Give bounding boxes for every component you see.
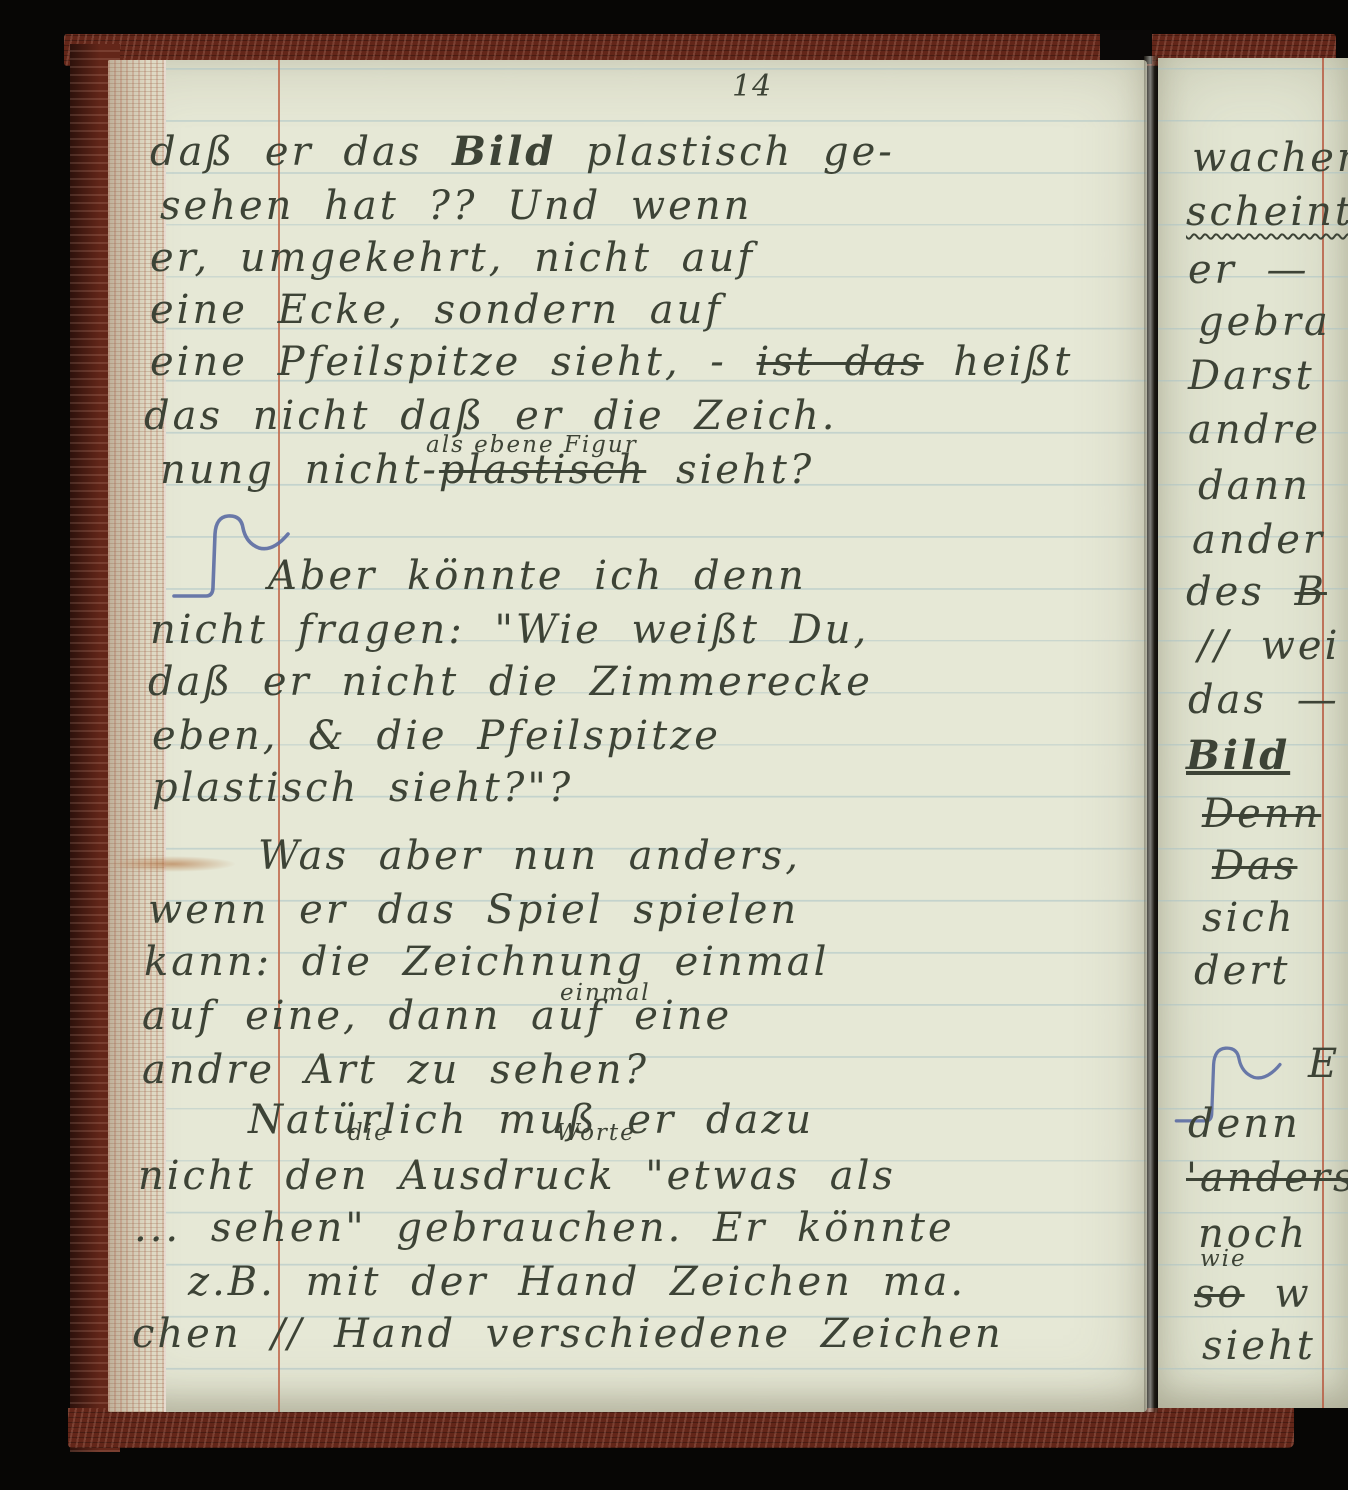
inserted-words: wie xyxy=(1200,1248,1247,1271)
handwritten-line: plastisch sieht?"? xyxy=(152,768,573,808)
page-fold-crease xyxy=(1144,56,1158,1412)
handwritten-line: daß er das Bild plastisch ge- xyxy=(150,132,895,172)
handwritten-line: E xyxy=(1308,1044,1340,1084)
handwritten-text: des xyxy=(1186,569,1295,615)
handwritten-line: Was aber nun anders, xyxy=(258,836,801,876)
handwritten-line: andre Art zu sehen? xyxy=(142,1050,649,1090)
handwritten-line: er — xyxy=(1188,250,1310,290)
handwritten-line: eine Pfeilspitze sieht, - ist das heißt xyxy=(150,342,1073,382)
notebook-page-right: wachen scheint er — gebra Darst andre da… xyxy=(1158,58,1348,1408)
handwritten-line: wenn er das Spiel spielen xyxy=(148,890,799,930)
handwritten-line: sieht xyxy=(1202,1326,1316,1366)
handwritten-line: sich xyxy=(1202,898,1295,938)
handwritten-text: sieht? xyxy=(646,447,814,493)
handwritten-text: w xyxy=(1245,1271,1312,1317)
handwritten-line: Darst xyxy=(1188,356,1315,396)
struck-text: so xyxy=(1194,1271,1245,1317)
handwritten-line: Bild xyxy=(1186,736,1290,776)
handwritten-line: daß er nicht die Zimmerecke xyxy=(148,662,873,702)
handwritten-line: dann xyxy=(1198,466,1311,506)
inserted-words: Worte xyxy=(556,1122,636,1145)
handwritten-text: plastisch ge- xyxy=(556,129,895,175)
handwritten-line: 'anders xyxy=(1186,1158,1348,1198)
handwritten-text: heißt xyxy=(924,339,1074,385)
handwritten-line: ander xyxy=(1192,520,1325,560)
inserted-words: die xyxy=(348,1122,390,1145)
leather-cover-bottom-edge xyxy=(68,1408,1294,1448)
handwritten-line: wachen xyxy=(1192,138,1348,178)
handwritten-line: dert xyxy=(1194,951,1290,991)
handwritten-line: kann: die Zeichnung einmal xyxy=(144,942,829,982)
handwritten-line: Das xyxy=(1212,846,1297,886)
handwritten-line: gebra xyxy=(1198,302,1331,342)
handwritten-line: nung nicht-plastisch sieht? xyxy=(160,450,814,490)
notebook-page-left: 14 daß er das Bild plastisch ge- sehen h… xyxy=(108,60,1147,1412)
handwritten-line: chen // Hand verschiedene Zeichen xyxy=(132,1314,1004,1354)
handwritten-line: // wei xyxy=(1198,626,1340,666)
handwritten-line: er, umgekehrt, nicht auf xyxy=(150,238,755,278)
handwritten-line: des B xyxy=(1186,572,1327,612)
struck-text: plastisch xyxy=(439,447,646,493)
struck-text: B xyxy=(1295,569,1327,615)
notebook-photo: 14 daß er das Bild plastisch ge- sehen h… xyxy=(0,0,1348,1490)
handwritten-line: eine Ecke, sondern auf xyxy=(150,290,723,330)
overwritten-word: Bild xyxy=(452,128,556,175)
handwritten-line: auf eine, dann auf eine xyxy=(142,996,732,1036)
handwritten-line: z.B. mit der Hand Zeichen ma. xyxy=(188,1262,966,1302)
handwritten-line: nicht den Ausdruck "etwas als xyxy=(138,1156,896,1196)
handwritten-line: denn xyxy=(1188,1104,1301,1144)
handwritten-line: das nicht daß er die Zeich. xyxy=(144,396,838,436)
struck-text: ist das xyxy=(757,339,924,385)
red-margin-line xyxy=(1322,58,1324,1408)
handwritten-line: nicht fragen: "Wie weißt Du, xyxy=(150,610,869,650)
page-number: 14 xyxy=(732,72,772,102)
ink-stain xyxy=(108,856,236,872)
handwritten-line: Denn xyxy=(1202,794,1321,834)
handwritten-text: daß er das xyxy=(150,129,452,175)
handwritten-line: andre xyxy=(1188,410,1321,450)
handwritten-line: eben, & die Pfeilspitze xyxy=(152,716,721,756)
handwritten-line: ... sehen" gebrauchen. Er könnte xyxy=(134,1208,955,1248)
handwritten-line: scheint xyxy=(1186,192,1348,232)
handwritten-text: eine Pfeilspitze sieht, - xyxy=(150,339,757,385)
handwritten-line: sehen hat ?? Und wenn xyxy=(160,186,752,226)
handwritten-line: so w xyxy=(1194,1274,1312,1314)
handwritten-line: das — xyxy=(1188,680,1340,720)
handwritten-line: Natürlich muß er dazu xyxy=(248,1100,814,1140)
handwritten-line: Aber könnte ich denn xyxy=(268,556,807,596)
handwritten-text: nung nicht- xyxy=(160,447,439,493)
